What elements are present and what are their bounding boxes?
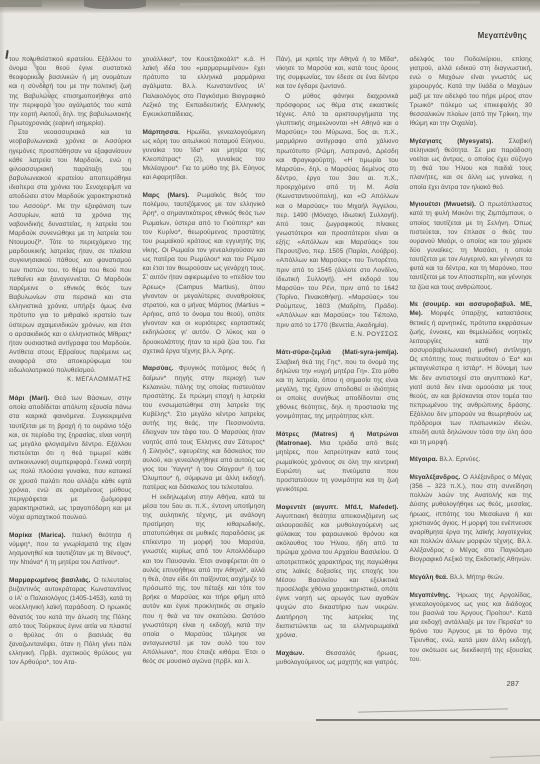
entry-megali-thea: Μεγάλη θεά. Βλ.λ. Μήτηρ θεών. — [410, 573, 533, 582]
entry-text: Σλαβική θεά της Γης*, που το όνομά της δ… — [276, 359, 399, 421]
entry-marpissa: Μάρπησσα. Ηρωίδα, γενεαλογούμενη ως κόρη… — [143, 128, 266, 183]
page-edge-shadow — [0, 0, 5, 764]
entry-headword: Μγιουέτσι (Mwuetsi). — [410, 201, 476, 208]
entry-text: Βλ.λ. Μήτηρ θεών. — [450, 574, 504, 581]
entry-text: Μια τριάδα από θεές μητέρες, που λατρεύτ… — [276, 440, 399, 493]
paragraph-marduk: Στα νεοασσυριακά και τα νεοβαβυλωνιακά χ… — [9, 128, 132, 375]
entry-headword: Μάρι (Mari). — [9, 395, 49, 402]
entry-mafedet: Μαφεντέτ (αιγυπτ. Mfd.t, Mafedet). Αιγυπ… — [276, 503, 399, 640]
entry-text: Φρυγικός ποτάμιος θεός ή δαίμων* πηγής σ… — [143, 365, 266, 491]
scan-line-artifact — [358, 708, 508, 712]
entry-text: Θεά των Βάσκων, στην οποία αποδίδεται απ… — [9, 395, 132, 521]
entry-text: Ο τελευταίος βυζαντινός αυτοκράτορας Κων… — [9, 577, 132, 666]
entry-matres: Μάτρες (Matres) ή Ματρώναι (Matronae). Μ… — [276, 430, 399, 494]
entry-mars: Μαρς (Mars). Ρωμαϊκός θεός του πολέμου, … — [143, 191, 266, 356]
entry-myesyats: Μγέσγιατς (Myesyats). Σλαβική σεληνιακή … — [410, 137, 533, 192]
text-columns: του πολυθεϊστικού ιερατείου. Εξάλλου το … — [9, 55, 532, 667]
paragraph-text: του πολυθεϊστικού ιερατείου. Εξάλλου το … — [9, 56, 132, 127]
entry-mari: Μάρι (Mari). Θεά των Βάσκων, στην οποία … — [9, 394, 132, 522]
entry-mwuetsi: Μγιουέτσι (Mwuetsi). Ο πρωτόπλαστος κατά… — [410, 200, 533, 292]
text-column-4: αδελφός του Ποδαλείριου, επίσης γιατρού,… — [410, 55, 533, 667]
text-column-3: Πάν), με κριτές την Αθηνά ή το Μίδα*, νί… — [276, 55, 399, 667]
paragraph-marsyas-art: Ο μύθος φάνηκε διαχρονικά πρόσφορος ως θ… — [276, 92, 399, 330]
entry-marika: Μαρίκα (Marica). Ιταλική θεότητα ή νύμφη… — [9, 531, 132, 568]
scanner-bed-shade — [0, 721, 540, 764]
entry-headword: Μαρίκα (Marica). — [9, 532, 66, 539]
author-signature: Ε.Ν. ΡΟΥΣΣΟΣ — [276, 331, 399, 340]
entry-text: Σλαβική σεληνιακή θεότητα. Σε μια παράδο… — [410, 138, 533, 191]
entry-headword: Μάτι-σύρα-ζεμλιά (Mati-syra-jemlja). — [276, 349, 399, 356]
entry-megalexandros: Μεγαλέξανδρος. Ο Αλέξανδρος ο Μέγας (356… — [410, 473, 533, 565]
scanned-dictionary-page: Μεγαπένθης του πολυθεϊστικού ιερατείου. … — [0, 0, 540, 764]
entry-headword: Μγέσγιατς (Myesyats). — [410, 138, 494, 145]
entry-headword: Μεγαπένθης. — [410, 592, 451, 599]
paragraph-marsyas-continuation: Πάν), με κριτές την Αθηνά ή το Μίδα*, νί… — [276, 55, 399, 92]
paragraph-marduk-continuation: του πολυθεϊστικού ιερατείου. Εξάλλου το … — [9, 55, 132, 128]
entry-headword: Μάρπησσα. — [143, 129, 180, 136]
text-column-1: του πολυθεϊστικού ιερατείου. Εξάλλου το … — [9, 55, 132, 667]
entry-headword: Μέγαιρα. — [410, 456, 438, 463]
entry-mati-syra-jemlja: Μάτι-σύρα-ζεμλιά (Mati-syra-jemlja). Σλα… — [276, 348, 399, 421]
scan-noise-blob — [84, 0, 146, 9]
entry-machaon: Μαχάων. Θεσσαλός ήρωας, μυθολογούμενος ω… — [276, 649, 399, 667]
entry-megapenthes: Μεγαπένθης. Ήρωας της Αργολίδας, γενεαλο… — [410, 591, 533, 664]
entry-headword: Μαφεντέτ (αιγυπτ. Mfd.t, Mafedet). — [276, 504, 399, 511]
entry-headword: Μαρμαρωμένος βασιλιάς. — [9, 577, 91, 584]
paragraph-text: Στα νεοασσυριακά και τα νεοβαβυλωνιακά χ… — [9, 129, 132, 374]
paragraph-text: Η εκδηλωμένη στην Αθήνα, κατά τα μέσα το… — [143, 494, 266, 666]
entry-text: Ο πρωτόπλαστος κατά τη φυλή Μακόνι της Ζ… — [410, 201, 533, 290]
entry-headword: Μαχάων. — [276, 650, 304, 657]
entry-headword: Μαρσύας. — [143, 365, 174, 372]
paragraph-marsyas: Η εκδηλωμένη στην Αθήνα, κατά τα μέσα το… — [143, 493, 266, 667]
entry-text: Αιγυπτιακή θεότητα απεικονιζόμενη ως αιλ… — [276, 513, 399, 639]
entry-text: Ο Αλέξανδρος ο Μέγας (356 – 323 π.Χ.), π… — [410, 474, 533, 563]
entry-headword: Μαρς (Mars). — [143, 192, 190, 199]
paragraph-marmaromenos-continuation: χουάλλικα*, τον Κουετζακοάλτ* κ.ά. Η λαϊ… — [143, 55, 266, 119]
entry-text: Ηρωίδα, γενεαλογούμενη ως κόρη του αιτωλ… — [143, 129, 266, 182]
entry-headword: Μεγαλέξανδρος. — [410, 474, 461, 481]
entry-me: Με (σουμέρ. και ασσυροβαβυλ. ΜΕ, Me). Μο… — [410, 300, 533, 447]
entry-text: Ρωμαϊκός θεός του πολέμου, ταυτιζόμενος … — [143, 192, 266, 355]
running-head: Μεγαπένθης — [478, 31, 527, 40]
entry-marsyas: Μαρσύας. Φρυγικός ποτάμιος θεός ή δαίμων… — [143, 364, 266, 492]
entry-text: Μορφές ύπαρξης, καταστάσεις θετικές ή αρ… — [410, 310, 533, 445]
entry-marmaromenos-vasilias: Μαρμαρωμένος βασιλιάς. Ο τελευταίος βυζα… — [9, 576, 132, 667]
entry-text: Βλ.λ. Ερινύες. — [439, 456, 480, 463]
paragraph-machaon-continuation: αδελφός του Ποδαλείριου, επίσης γιατρού,… — [410, 55, 533, 128]
entry-megaira: Μέγαιρα. Βλ.λ. Ερινύες. — [410, 455, 533, 464]
paragraph-text: Πάν), με κριτές την Αθηνά ή το Μίδα*, νί… — [276, 56, 399, 90]
entry-headword: Μεγάλη θεά. — [410, 574, 448, 581]
page-number: 287 — [506, 679, 519, 688]
scan-noise-blob — [0, 0, 42, 7]
paragraph-text: Ο μύθος φάνηκε διαχρονικά πρόσφορος ως θ… — [276, 93, 399, 329]
entry-text: Ήρωας της Αργολίδας, γενεαλογούμενος ως … — [410, 592, 533, 663]
paragraph-text: χουάλλικα*, τον Κουετζακοάλτ* κ.ά. Η λαϊ… — [143, 56, 266, 118]
author-signature: Κ. ΜΕΓΑΛΟΜΜΑΤΗΣ — [9, 376, 132, 385]
paragraph-text: αδελφός του Ποδαλείριου, επίσης γιατρού,… — [410, 56, 533, 127]
text-column-2: χουάλλικα*, τον Κουετζακοάλτ* κ.ά. Η λαϊ… — [143, 55, 266, 667]
